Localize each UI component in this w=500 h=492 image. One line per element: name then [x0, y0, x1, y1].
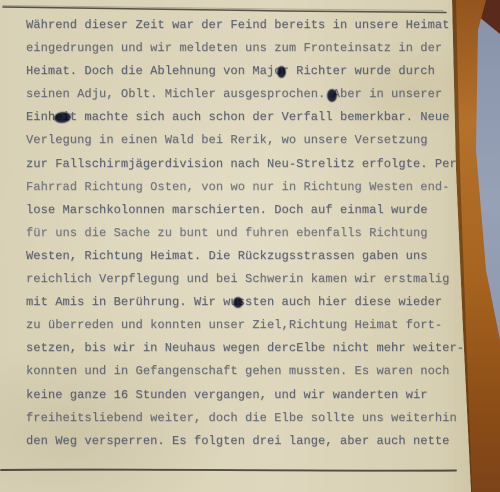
text-line: eingedrungen und wir meldeten uns zum Fr…: [26, 37, 474, 60]
text-line: zu überreden und konnten unser Ziel,Rich…: [26, 314, 474, 337]
text-line: seinen Adju, Oblt. Michler ausgesprochen…: [26, 83, 474, 106]
text-line: reichlich Verpflegung und bei Schwerin k…: [26, 268, 474, 291]
ink-blot-wussten: [233, 297, 243, 308]
text-line: Verlegung in einen Wald bei Rerik, wo un…: [26, 129, 474, 152]
text-line: konnten und in Gefangenschaft gehen muss…: [26, 360, 474, 383]
ink-blot-major-r: [277, 66, 286, 78]
text-line: Heimat. Doch die Ablehnung von Major Ric…: [26, 60, 474, 83]
photo-of-typewritten-page: Während dieser Zeit war der Feind bereit…: [0, 0, 500, 492]
text-line: Während dieser Zeit war der Feind bereit…: [26, 14, 474, 37]
text-line: freiheitsliebend weiter, doch die Elbe s…: [26, 407, 474, 430]
text-line: keine ganze 16 Stunden vergangen, und wi…: [26, 384, 474, 407]
text-line: für uns die Sache zu bunt und fuhren ebe…: [26, 222, 474, 245]
text-line: den Weg versperren. Es folgten drei lang…: [26, 430, 474, 453]
text-line: Fahrrad Richtung Osten, von wo nur in Ri…: [26, 176, 474, 199]
text-line: zur Fallschirmjägerdivision nach Neu-Str…: [26, 153, 474, 176]
ink-blot-aber-a: [327, 89, 337, 102]
text-line: lose Marschkolonnen marschierten. Doch a…: [26, 199, 474, 222]
text-line: Westen, Richtung Heimat. Die Rückzugsstr…: [26, 245, 474, 268]
text-line: Einheit machte sich auch schon der Verfa…: [26, 106, 474, 129]
text-line: mit Amis in Berührung. Wir wussten auch …: [26, 291, 474, 314]
text-line: setzen, bis wir in Neuhaus wegen dercElb…: [26, 337, 474, 360]
typewritten-text: Während dieser Zeit war der Feind bereit…: [26, 14, 474, 453]
